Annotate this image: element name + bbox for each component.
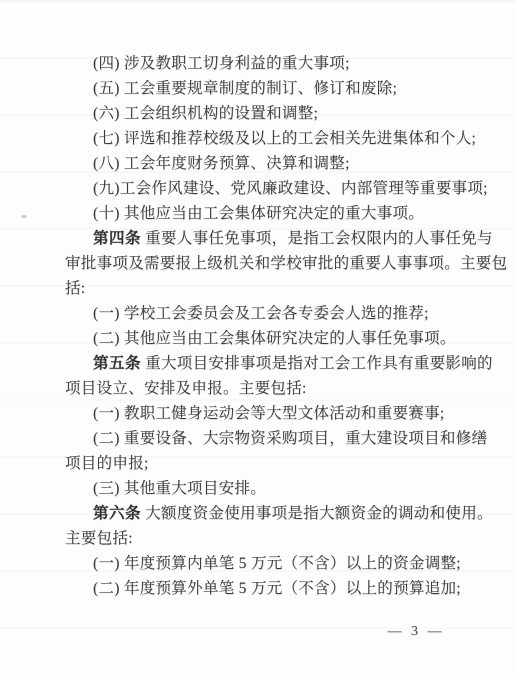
scan-speck xyxy=(21,215,27,218)
article-number: 第五条 xyxy=(93,355,141,372)
document-page: (四) 涉及教职工切身利益的重大事项;(五) 工会重要规章制度的制订、修订和废除… xyxy=(0,0,516,678)
text-line: (九)工会作风建设、党风廉政建设、内部管理等重要事项; xyxy=(65,176,473,201)
text-line: 项目的申报; xyxy=(65,451,473,476)
text-line: (五) 工会重要规章制度的制订、修订和废除; xyxy=(65,76,473,101)
document-body: (四) 涉及教职工切身利益的重大事项;(五) 工会重要规章制度的制订、修订和废除… xyxy=(65,51,473,601)
text-line: 主要包括: xyxy=(65,526,473,551)
article-number: 第四条 xyxy=(93,230,141,247)
text-line: (一) 学校工会委员会及工会各专委会人选的推荐; xyxy=(65,301,473,326)
text-line: (四) 涉及教职工切身利益的重大事项; xyxy=(65,51,473,76)
text-line: (二) 其他应当由工会集体研究决定的人事任免事项。 xyxy=(65,326,473,351)
text-line: (七) 评选和推荐校级及以上的工会相关先进集体和个人; xyxy=(65,126,473,151)
text-line: 括: xyxy=(65,276,473,301)
text-line: 项目设立、安排及申报。主要包括: xyxy=(65,376,473,401)
text-line: (十) 其他应当由工会集体研究决定的重大事项。 xyxy=(65,201,473,226)
text-line: (一) 教职工健身运动会等大型文体活动和重要赛事; xyxy=(65,401,473,426)
text-line: (二) 年度预算外单笔 5 万元（不含）以上的预算追加; xyxy=(65,576,473,601)
text-line: (三) 其他重大项目安排。 xyxy=(65,476,473,501)
text-line: (一) 年度预算内单笔 5 万元（不含）以上的资金调整; xyxy=(65,551,473,576)
text-line: (八) 工会年度财务预算、决算和调整; xyxy=(65,151,473,176)
text-line: 第六条 大额度资金使用事项是指大额资金的调动和使用。 xyxy=(65,501,473,526)
text-line: 审批事项及需要报上级机关和学校审批的重要人事事项。主要包 xyxy=(65,251,473,276)
page-number: — 3 — xyxy=(350,622,482,642)
article-number: 第六条 xyxy=(93,505,141,522)
text-line: (六) 工会组织机构的设置和调整; xyxy=(65,101,473,126)
text-line: 第五条 重大项目安排事项是指对工会工作具有重要影响的 xyxy=(65,351,473,376)
text-line: (二) 重要设备、大宗物资采购项目，重大建设项目和修缮 xyxy=(65,426,473,451)
text-line: 第四条 重要人事任免事项，是指工会权限内的人事任免与 xyxy=(65,226,473,251)
